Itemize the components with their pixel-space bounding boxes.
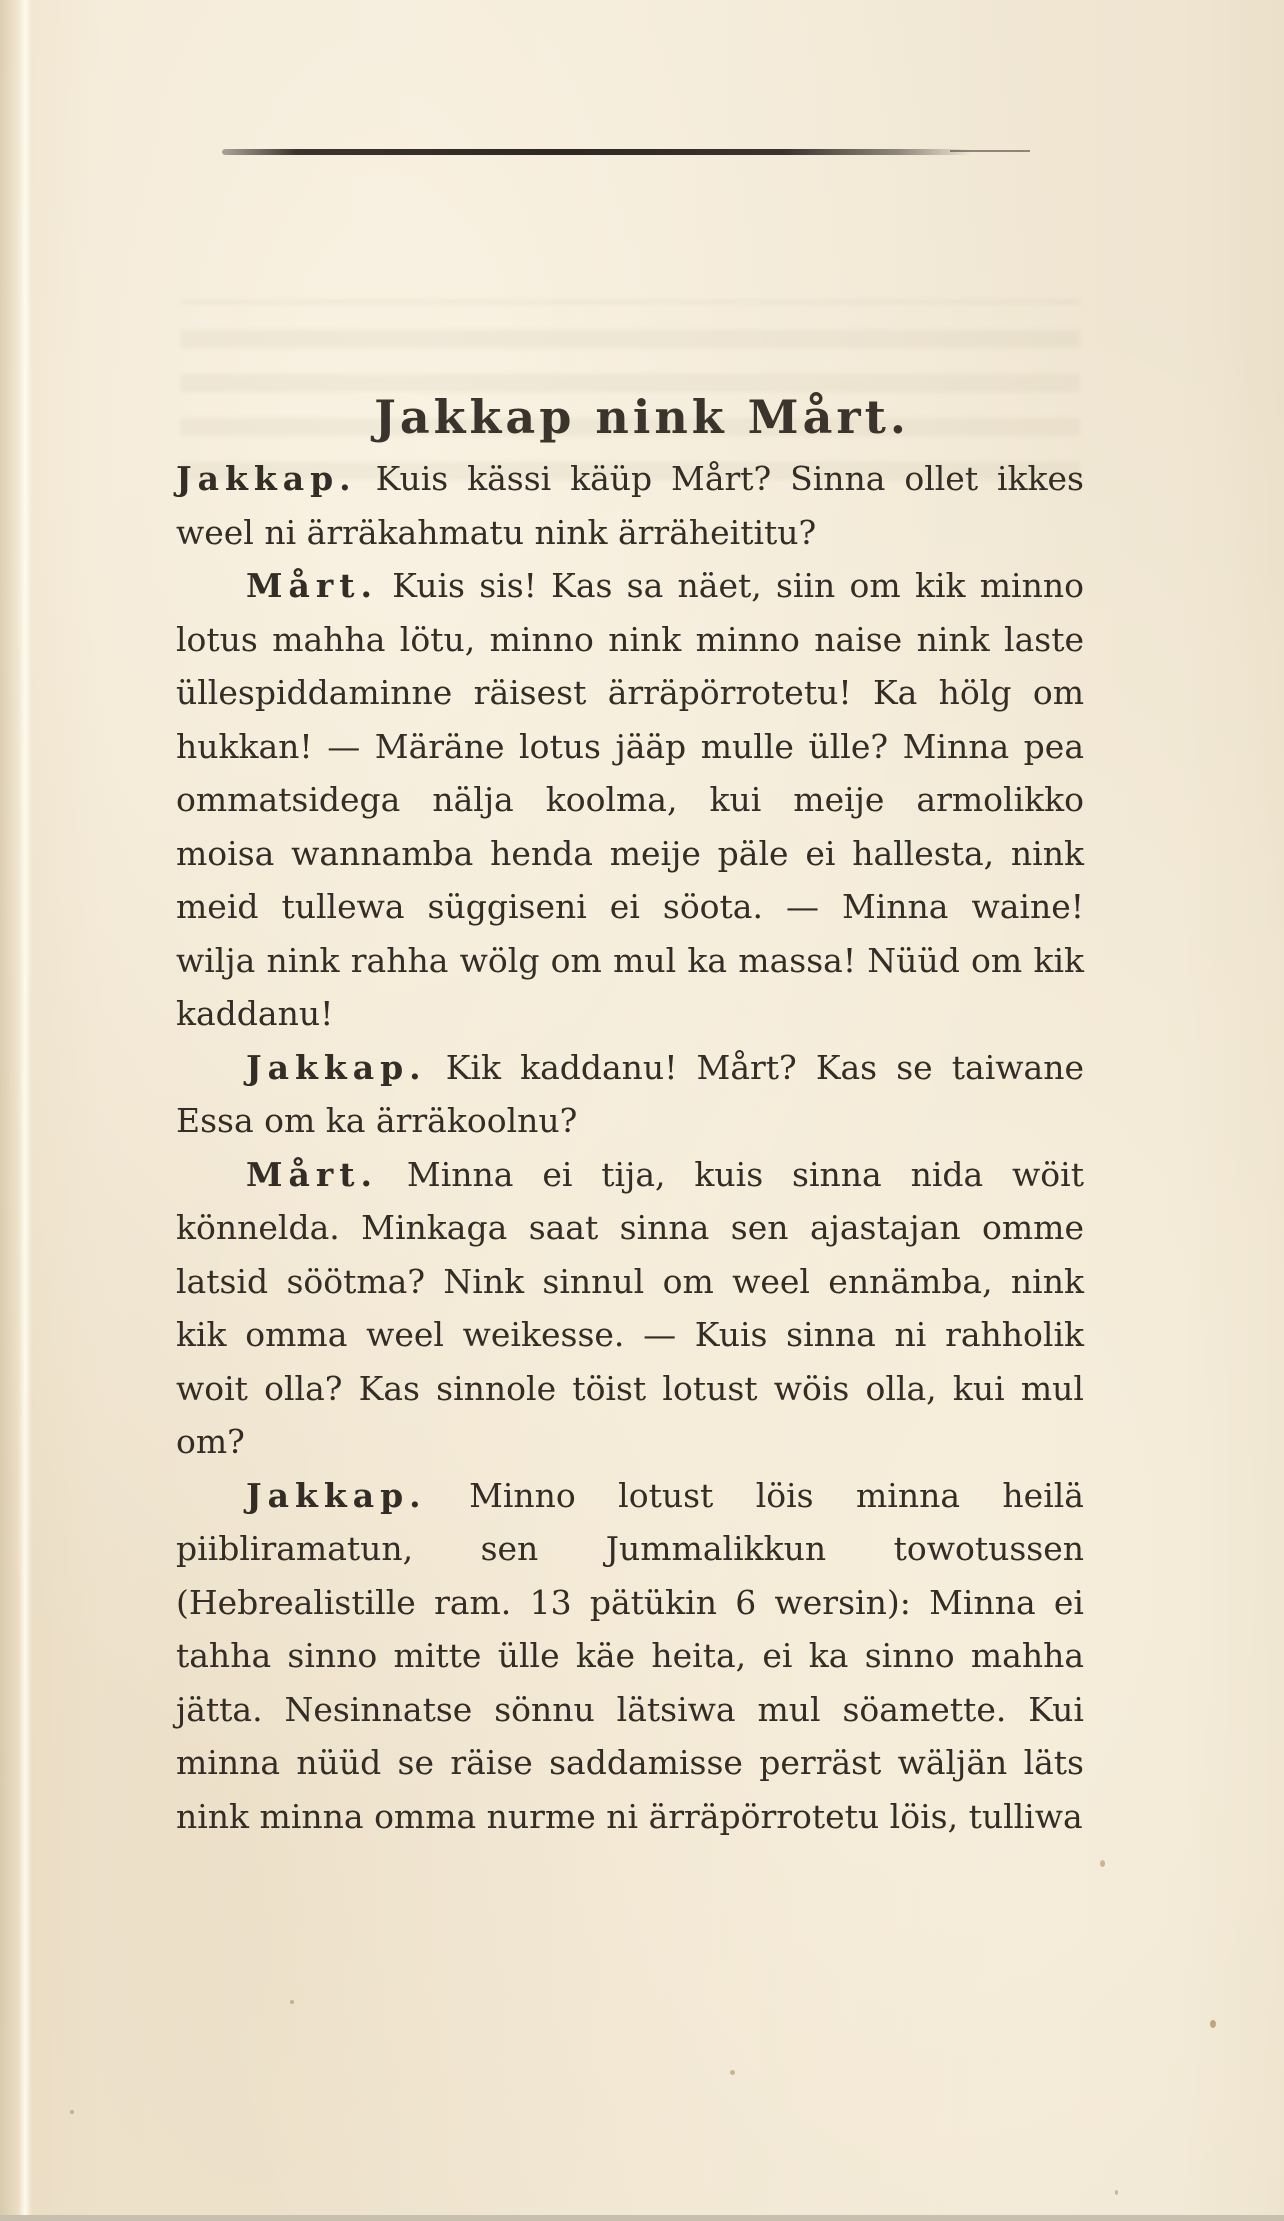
- dialogue-text: Jakkap. Kuis kässi käüp Mårt? Sinna olle…: [176, 452, 1084, 1843]
- dialogue-paragraph: Jakkap. Minno lotust löis minna heilä pi…: [176, 1469, 1084, 1844]
- page-bottom-edge: [0, 2215, 1284, 2221]
- speaker-name: Jakkap.: [246, 1048, 427, 1087]
- dialogue-paragraph: Mårt. Minna ei tija, kuis sinna nida wöi…: [176, 1148, 1084, 1469]
- paper-speck: [290, 2000, 294, 2004]
- speaker-name: Jakkap.: [176, 459, 357, 498]
- speaker-name: Jakkap.: [246, 1476, 427, 1515]
- dialogue-line: Kuis sis! Kas sa näet, siin om kik minno…: [176, 566, 1084, 1033]
- page-title: Jakkap nink Mårt.: [0, 390, 1284, 444]
- dialogue-paragraph: Jakkap. Kik kaddanu! Mårt? Kas se taiwan…: [176, 1041, 1084, 1148]
- dialogue-paragraph: Jakkap. Kuis kässi käüp Mårt? Sinna olle…: [176, 452, 1084, 559]
- dialogue-line: Minno lotust löis minna heilä piiblirama…: [176, 1476, 1084, 1836]
- paper-speck: [1100, 1860, 1105, 1867]
- speaker-name: Mårt.: [246, 1155, 378, 1194]
- header-rule-tail: [950, 150, 1030, 152]
- page-spine-shadow: [0, 0, 18, 2221]
- dialogue-paragraph: Mårt. Kuis sis! Kas sa näet, siin om kik…: [176, 559, 1084, 1041]
- book-page: Jakkap nink Mårt. Jakkap. Kuis kässi käü…: [0, 0, 1284, 2221]
- header-rule: [222, 149, 972, 155]
- dialogue-line: Minna ei tija, kuis sinna nida wöit könn…: [176, 1155, 1084, 1462]
- speaker-name: Mårt.: [246, 566, 378, 605]
- paper-speck: [1210, 2020, 1216, 2028]
- page-spine-highlight: [18, 0, 32, 2221]
- paper-speck: [730, 2070, 735, 2075]
- paper-speck: [70, 2110, 74, 2114]
- paper-speck: [1115, 2190, 1118, 2195]
